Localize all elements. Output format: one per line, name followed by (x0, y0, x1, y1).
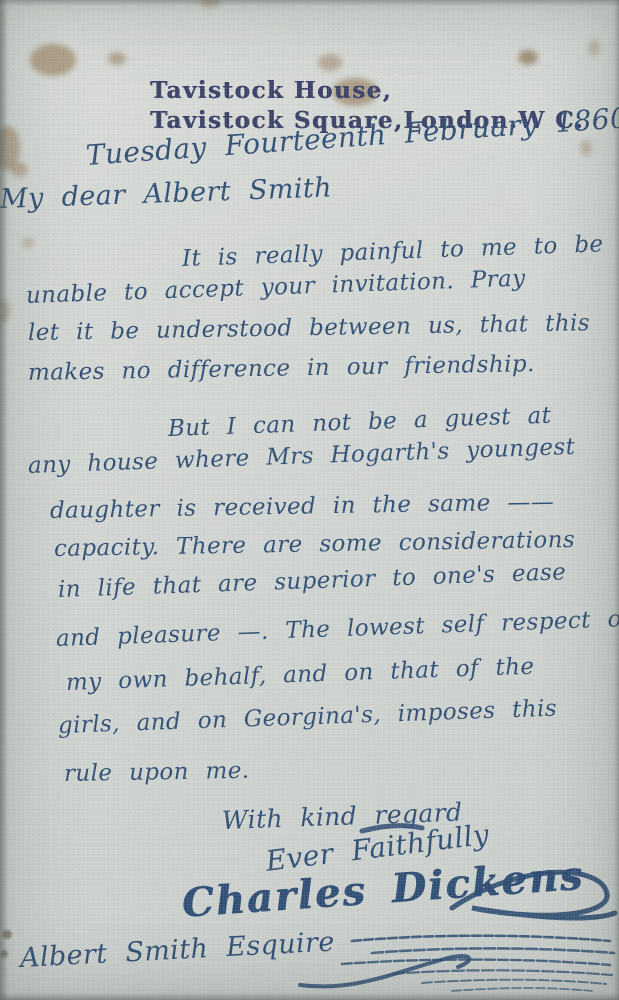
foxing-stain (10, 162, 28, 177)
body-line-4: makes no difference in our friendship. (28, 353, 535, 385)
body-line-9: in life that are superior to one's ease (58, 561, 567, 602)
body-line-5: But I can not be a guest at (168, 405, 552, 441)
body-line-12: girls, and on Georgina's, imposes this (58, 698, 558, 738)
foxing-stain (0, 950, 8, 958)
paper-edge-right (614, 0, 619, 1000)
signature: Charles Dickens (181, 856, 586, 924)
body-line-2: unable to accept your invitation. Pray (26, 268, 526, 308)
paper-edge-bottom (0, 993, 619, 1000)
foxing-stain (2, 930, 12, 939)
foxing-stain (0, 300, 10, 322)
foxing-stain (580, 140, 592, 156)
body-line-8: capacity. There are some considerations (54, 529, 575, 561)
paper-edge-left (0, 0, 8, 1000)
body-line-13: rule upon me. (64, 760, 250, 786)
body-line-10: and pleasure —. The lowest self respect … (56, 608, 619, 651)
salutation: My dear Albert Smith (0, 174, 332, 213)
foxing-stain (518, 50, 538, 65)
body-line-3: let it be understood between us, that th… (28, 312, 590, 345)
foxing-stain (0, 126, 20, 170)
addressee: Albert Smith Esquire (19, 929, 335, 972)
foxing-stain (108, 52, 126, 65)
letter-page: Tavistock House, Tavistock Square,London… (0, 0, 619, 1000)
body-line-11: my own behalf, and on that of the (66, 656, 535, 695)
body-line-1: It is really painful to me to be (182, 233, 604, 271)
foxing-stain (318, 54, 342, 71)
foxing-stain (588, 40, 600, 56)
foxing-stain (22, 238, 34, 248)
body-line-6: any house where Mrs Hogarth's youngest (28, 436, 576, 478)
body-line-7: daughter is received in the same —— (50, 491, 555, 523)
foxing-stain (30, 44, 76, 76)
letterhead-line1: Tavistock House, (150, 76, 584, 106)
paper-edge-top (0, 0, 619, 6)
foxing-stain (200, 0, 220, 8)
